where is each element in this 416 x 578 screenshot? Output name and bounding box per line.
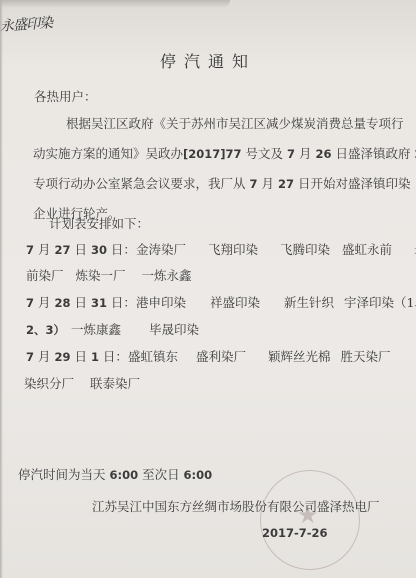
schedule-row-3-line-2: 染织分厂联泰染厂 — [24, 374, 140, 392]
signature-company: 江苏吴江中国东方丝绸市场股份有限公司盛泽热电厂 — [92, 497, 380, 515]
handwritten-note: 永盛印染 — [0, 12, 53, 36]
schedule-row-1-line-1: 7 月 27 日 30 日：金涛染厂飞翔印染飞腾印染盛虹永前永 — [26, 240, 416, 258]
schedule-row-2-line-2: 2、3）一炼康鑫毕晟印染 — [26, 320, 199, 338]
body-line-3: 专项行动办公室紧急会议要求，我厂从 7 月 27 日开始对盛泽镇印染 — [33, 174, 410, 192]
body-line-2: 动实施方案的通知》吴政办[2017]77 号文及 7 月 26 日盛泽镇政府 2… — [33, 144, 416, 162]
page-edge — [0, 0, 3, 578]
notice-title: 停汽通知 — [0, 49, 416, 72]
photo-shadow — [0, 0, 230, 8]
schedule-row-1-line-2: 前染厂炼染一厂一炼永鑫 — [26, 266, 192, 284]
body-line-1: 根据吴江区政府《关于苏州市吴江区减少煤炭消费总量专项行 — [66, 114, 404, 132]
official-seal-icon: ★ — [260, 470, 360, 570]
schedule-row-3-line-1: 7 月 29 日 1 日：盛虹镇东盛利染厂颖辉丝光棉胜天染厂 — [26, 347, 391, 365]
stop-time: 停汽时间为当天 6:00 至次日 6:00 — [18, 465, 212, 483]
schedule-intro: 计划表安排如下： — [49, 214, 149, 232]
notice-document: 永盛印染 停汽通知 各热用户： 根据吴江区政府《关于苏州市吴江区减少煤炭消费总量… — [0, 0, 416, 578]
signature-date: 2017-7-26 — [262, 526, 328, 540]
salutation: 各热用户： — [34, 87, 97, 105]
schedule-row-2-line-1: 7 月 28 日 31 日：港申印染祥盛印染新生针织宇泽印染（1、 — [26, 293, 416, 311]
